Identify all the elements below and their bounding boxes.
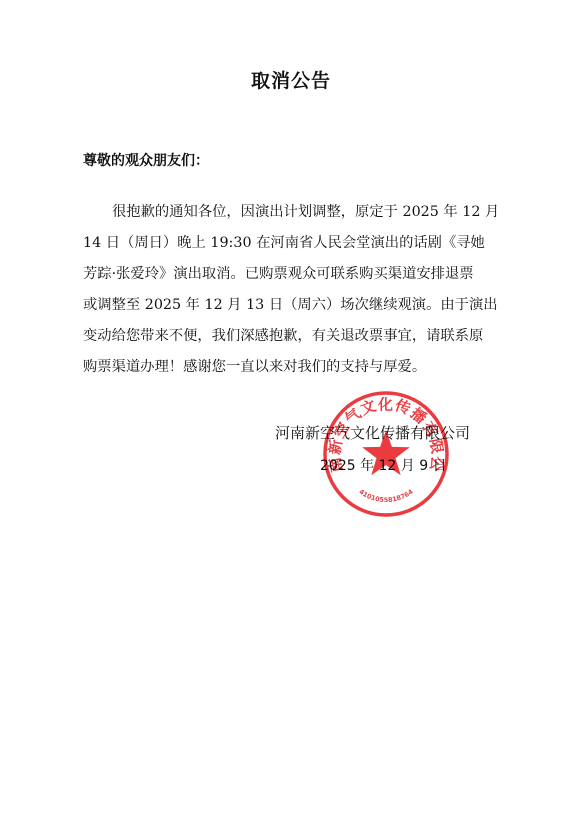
body-line: 变动给您带来不便，我们深感抱歉，有关退改票事宜，请联系原 [83, 321, 503, 352]
body-line: 或调整至 2025 年 12 月 13 日（周六）场次继续观演。由于演出 [83, 290, 503, 321]
body-line: 芳踪·张爱玲》演出取消。已购票观众可联系购买渠道安排退票 [83, 259, 503, 290]
announcement-body: 很抱歉的通知各位，因演出计划调整，原定于 2025 年 12 月 14 日（周日… [83, 197, 503, 383]
star-icon [362, 430, 410, 475]
body-line: 14 日（周日）晚上 19:30 在河南省人民会堂演出的话剧《寻她 [83, 228, 503, 259]
seal-serial-number: 4101055818764 [357, 487, 415, 504]
page-title: 取消公告 [0, 66, 582, 93]
body-line: 很抱歉的通知各位，因演出计划调整，原定于 2025 年 12 月 [83, 197, 503, 228]
body-line: 购票渠道办理！感谢您一直以来对我们的支持与厚爱。 [83, 352, 503, 383]
document-page: 取消公告 尊敬的观众朋友们： 很抱歉的通知各位，因演出计划调整，原定于 2025… [0, 0, 582, 816]
salutation: 尊敬的观众朋友们： [83, 150, 209, 170]
company-seal-icon: 河南新空气文化传播有限公司 4101055818764 [322, 390, 450, 518]
